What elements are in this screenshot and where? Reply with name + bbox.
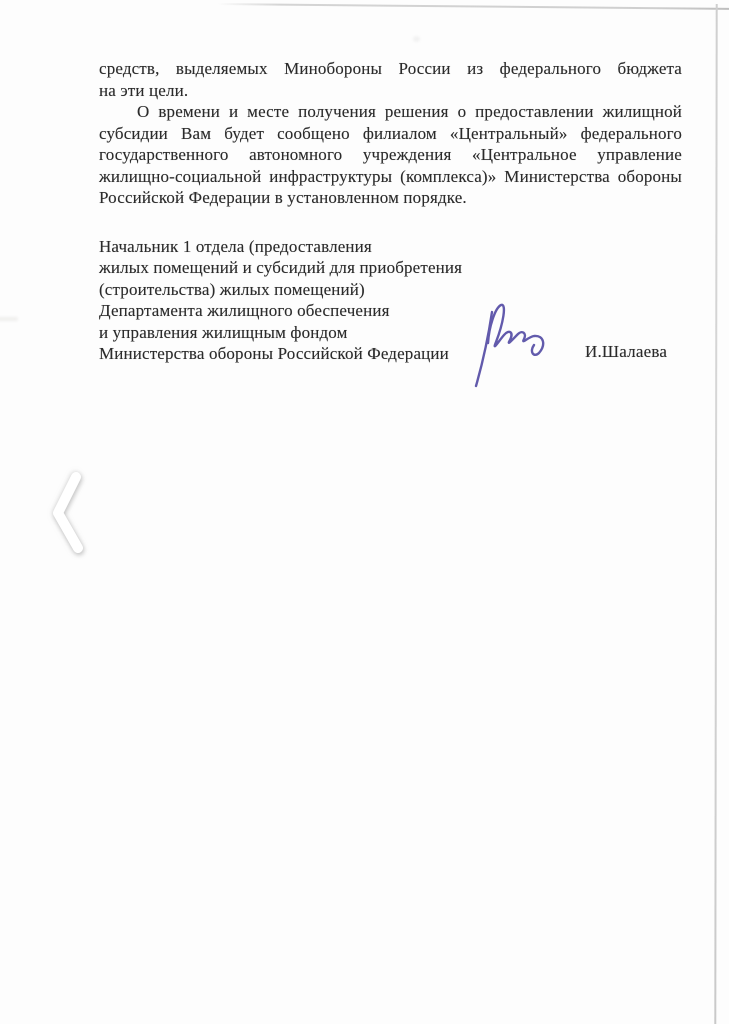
scan-edge-top-line bbox=[218, 3, 729, 10]
signature-block-line: Начальник 1 отдела (предоставления bbox=[99, 236, 529, 257]
body-line: на эти цели. bbox=[99, 80, 682, 102]
body-line: средств, выделяемых Минобороны России из… bbox=[99, 58, 682, 80]
signature-block-line: жилых помещений и субсидий для приобрете… bbox=[99, 257, 529, 278]
scan-edge-right-line bbox=[714, 4, 717, 1024]
body-line: государственного автономного учреждения … bbox=[99, 144, 682, 166]
body-line: субсидии Вам будет сообщено филиалом «Це… bbox=[99, 123, 682, 145]
scanned-letter-page: средств, выделяемых Минобороны России из… bbox=[0, 0, 729, 1024]
body-line: О времени и месте получения решения о пр… bbox=[99, 101, 682, 123]
scan-smudge bbox=[0, 317, 18, 321]
letter-body: средств, выделяемых Минобороны России из… bbox=[99, 58, 682, 209]
chevron-left-icon bbox=[42, 465, 92, 560]
body-line: жилищно-социальной инфраструктуры (компл… bbox=[99, 166, 682, 188]
signature-ink bbox=[455, 282, 575, 397]
body-line: Российской Федерации в установленном пор… bbox=[99, 187, 682, 209]
scan-speckle bbox=[413, 36, 420, 42]
previous-page-button[interactable] bbox=[42, 465, 92, 560]
signer-name: И.Шалаева bbox=[585, 342, 667, 362]
